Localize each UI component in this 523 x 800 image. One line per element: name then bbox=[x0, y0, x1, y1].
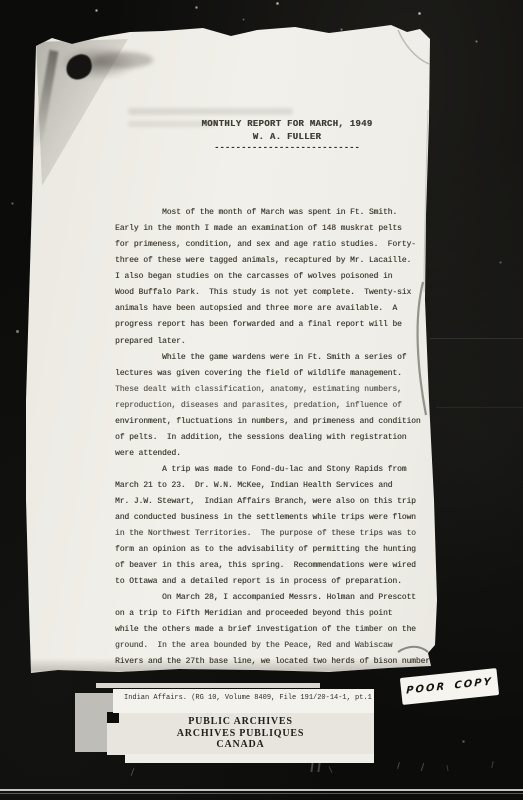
typed-text-line: of pelts. In addition, the sessions deal… bbox=[115, 430, 444, 446]
title-divider: --------------------------- bbox=[115, 143, 459, 153]
typed-text-line: for primeness, condition, and sex and ag… bbox=[115, 237, 444, 253]
typed-text-line: were attended. bbox=[115, 446, 444, 462]
film-scratch bbox=[430, 338, 523, 339]
typed-text-line: On March 28, I accompanied Messrs. Holma… bbox=[115, 590, 444, 606]
typed-text-line: three of these were tagged animals, reca… bbox=[115, 253, 444, 269]
file-reference-label: Indian Affairs. (RG 10, Volume 8409, Fil… bbox=[113, 689, 374, 713]
film-frame-edge-line bbox=[0, 789, 523, 791]
typed-text-line: progress report has been forwarded and a… bbox=[115, 317, 444, 333]
typed-text-line: on a trip to Fifth Meridian and proceede… bbox=[115, 606, 444, 622]
typed-text-line: I also began studies on the carcasses of… bbox=[115, 269, 444, 285]
film-dust-specks bbox=[0, 0, 1, 1]
typed-text-line: environment, fluctuations in numbers, an… bbox=[115, 414, 444, 430]
typed-text-line: These dealt with classification, anatomy… bbox=[115, 382, 444, 398]
typed-text-line: form an opinion as to the advisability o… bbox=[115, 542, 444, 558]
typed-text-line: and conducted business in the settlement… bbox=[115, 510, 444, 526]
microfilm-scan-frame: MONTHLY REPORT FOR MARCH, 1949 W. A. FUL… bbox=[0, 0, 523, 800]
typed-text-line: Wood Buffalo Park. This study is not yet… bbox=[115, 285, 444, 301]
film-scratch bbox=[436, 407, 523, 408]
typed-text-line: prepared later. bbox=[115, 334, 444, 350]
film-frame-edge-line bbox=[0, 793, 523, 794]
poor-copy-handwriting: POOR COPY bbox=[406, 676, 493, 696]
typed-text-line: Mr. J.W. Stewart, Indian Affairs Branch,… bbox=[115, 494, 444, 510]
stamp-line-english: PUBLIC ARCHIVES bbox=[107, 716, 374, 728]
report-title: MONTHLY REPORT FOR MARCH, 1949 bbox=[115, 119, 459, 129]
typed-text-line: Early in the month I made an examination… bbox=[115, 221, 444, 237]
typed-text-line: Most of the month of March was spent in … bbox=[115, 205, 444, 221]
typed-text-line: while the others made a brief investigat… bbox=[115, 622, 444, 638]
report-body: Most of the month of March was spent in … bbox=[115, 157, 444, 687]
typed-text-line: March 21 to 23. Dr. W.N. McKee, Indian H… bbox=[115, 478, 444, 494]
typed-text-line: A trip was made to Fond-du-lac and Stony… bbox=[115, 462, 444, 478]
typed-text-line: ground. In the area bounded by the Peace… bbox=[115, 638, 444, 654]
report-author: W. A. FULLER bbox=[115, 132, 459, 142]
typed-text-line: lectures was given covering the field of… bbox=[115, 366, 444, 382]
stamp-line-french: ARCHIVES PUBLIQUES bbox=[107, 728, 374, 740]
typed-text-line: of beaver in this area, this spring. Rec… bbox=[115, 558, 444, 574]
slip-notch bbox=[107, 712, 119, 723]
typed-text-line: While the game wardens were in Ft. Smith… bbox=[115, 350, 444, 366]
archive-slip-edge-bottom bbox=[125, 754, 374, 763]
typed-text-line: to Ottawa and a detailed report is in pr… bbox=[115, 574, 444, 590]
archive-slip-edge bbox=[96, 683, 320, 688]
typed-text-line: in the Northwest Territories. The purpos… bbox=[115, 526, 444, 542]
public-archives-stamp: PUBLIC ARCHIVES ARCHIVES PUBLIQUES CANAD… bbox=[107, 713, 374, 755]
typed-text-line: animals have been autopsied and three mo… bbox=[115, 301, 444, 317]
stamp-line-country: CANADA bbox=[107, 739, 374, 751]
report-header: MONTHLY REPORT FOR MARCH, 1949 W. A. FUL… bbox=[115, 119, 459, 153]
typed-text-line: reproduction, diseases and parasites, pr… bbox=[115, 398, 444, 414]
